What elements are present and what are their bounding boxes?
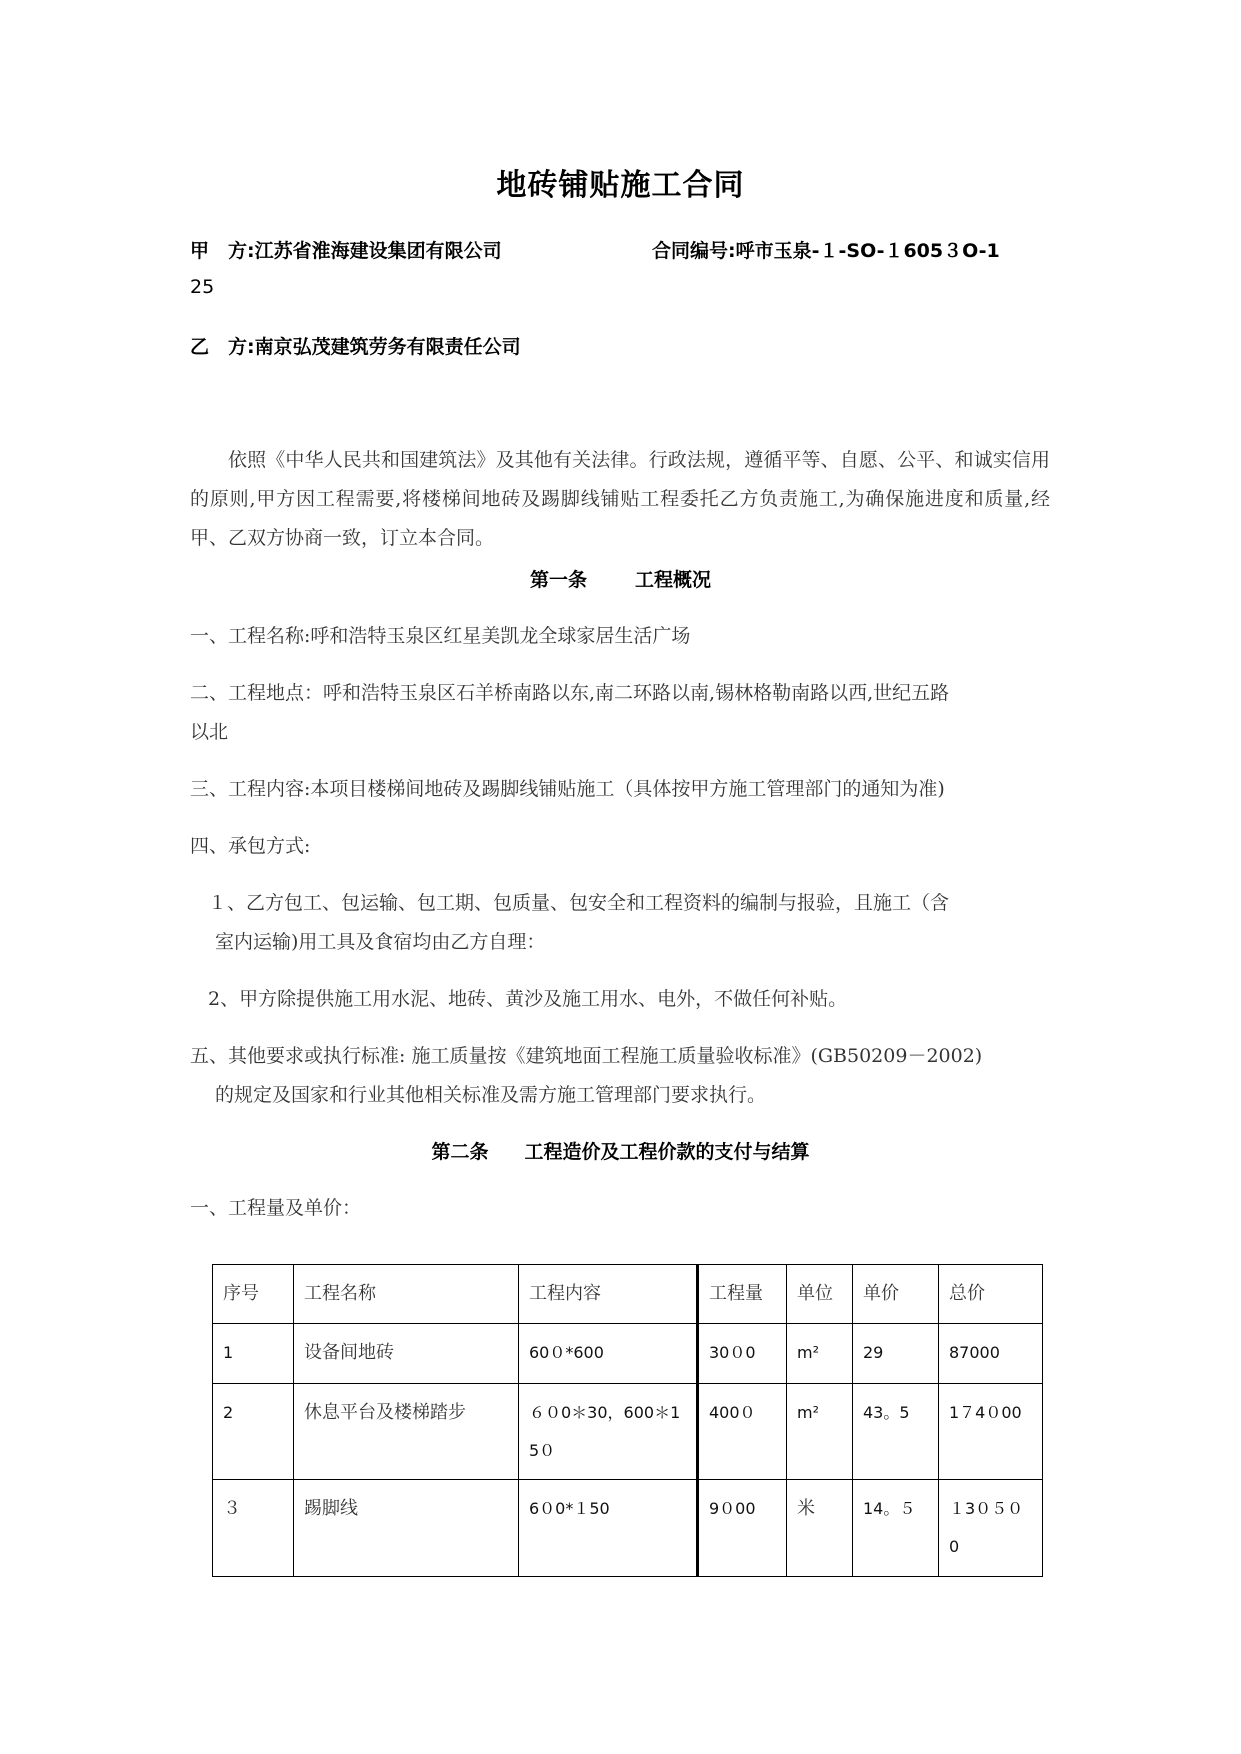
contract-number-label: 合同编号: bbox=[652, 240, 736, 262]
header-cell: 序号 bbox=[213, 1265, 294, 1324]
contract-method-1-continuation: 室内运输)用工具及食宿均由乙方自理： bbox=[215, 927, 545, 954]
project-name: 一、工程名称:呼和浩特玉泉区红星美凯龙全球家居生活广场 bbox=[190, 621, 690, 648]
quality-standards: 五、其他要求或执行标准: 施工质量按《建筑地面工程施工质量验收标准》(GB502… bbox=[190, 1041, 982, 1068]
cell-index: ３ bbox=[213, 1480, 294, 1577]
article-1-number: 第一条 bbox=[530, 569, 587, 591]
cell-content: ６０0＊30，600＊15０ bbox=[519, 1384, 698, 1480]
table-row: ３ 踢脚线 6０0*１50 9０00 米 14。５ １3０５０0 bbox=[213, 1480, 1043, 1577]
cell-total: １3０５０0 bbox=[939, 1480, 1043, 1577]
cell-unit-price: 29 bbox=[853, 1324, 939, 1384]
cell-index: 1 bbox=[213, 1324, 294, 1384]
cell-quantity: 30０0 bbox=[698, 1324, 787, 1384]
project-content: 三、工程内容:本项目楼梯间地砖及踢脚线铺贴施工（具体按甲方施工管理部门的通知为准… bbox=[190, 774, 945, 801]
party-a: 甲 方:江苏省淮海建设集团有限公司 bbox=[190, 236, 502, 263]
document-title: 地砖铺贴施工合同 bbox=[0, 160, 1241, 204]
quantity-price-subheading: 一、工程量及单价： bbox=[190, 1193, 361, 1220]
preamble-paragraph: 依照《中华人民共和国建筑法》及其他有关法律。行政法规，遵循平等、自愿、公平、和诚… bbox=[190, 441, 1050, 558]
quality-standards-continuation: 的规定及国家和行业其他相关标准及需方施工管理部门要求执行。 bbox=[215, 1080, 766, 1107]
cell-quantity: 400０ bbox=[698, 1384, 787, 1480]
cell-unit: m² bbox=[787, 1324, 853, 1384]
header-cell: 工程内容 bbox=[519, 1265, 698, 1324]
cell-index: 2 bbox=[213, 1384, 294, 1480]
contract-number-value: 呼市玉泉-１-SO-１605３O-1 bbox=[736, 240, 1000, 262]
article-2-heading: 第二条工程造价及工程价款的支付与结算 bbox=[0, 1137, 1241, 1164]
party-a-label: 甲 方: bbox=[190, 240, 255, 262]
party-a-name: 江苏省淮海建设集团有限公司 bbox=[255, 240, 502, 262]
cell-unit-price: 43。5 bbox=[853, 1384, 939, 1480]
cell-unit: 米 bbox=[787, 1480, 853, 1577]
table-header-row: 序号 工程名称 工程内容 工程量 单位 单价 总价 bbox=[213, 1265, 1043, 1324]
cell-unit: m² bbox=[787, 1384, 853, 1480]
cell-total: 87000 bbox=[939, 1324, 1043, 1384]
article-1-title: 工程概况 bbox=[635, 569, 711, 591]
cell-quantity: 9０00 bbox=[698, 1480, 787, 1577]
cell-name: 休息平台及楼梯踏步 bbox=[294, 1384, 519, 1480]
header-cell: 单位 bbox=[787, 1265, 853, 1324]
cell-content: 6０0*１50 bbox=[519, 1480, 698, 1577]
project-location: 二、工程地点：呼和浩特玉泉区石羊桥南路以东,南二环路以南,锡林格勒南路以西,世纪… bbox=[190, 678, 949, 705]
article-2-number: 第二条 bbox=[431, 1141, 488, 1163]
cell-content: 60０*600 bbox=[519, 1324, 698, 1384]
table-row: 1 设备间地砖 60０*600 30０0 m² 29 87000 bbox=[213, 1324, 1043, 1384]
contract-method-heading: 四、承包方式: bbox=[190, 831, 310, 858]
header-cell: 总价 bbox=[939, 1265, 1043, 1324]
header-cell: 单价 bbox=[853, 1265, 939, 1324]
contract-method-1: １、乙方包工、包运输、包工期、包质量、包安全和工程资料的编制与报验，且施工（含 bbox=[208, 888, 949, 915]
party-b: 乙 方:南京弘茂建筑劳务有限责任公司 bbox=[190, 332, 521, 359]
party-b-label: 乙 方: bbox=[190, 336, 255, 358]
contract-method-2: 2、甲方除提供施工用水泥、地砖、黄沙及施工用水、电外，不做任何补贴。 bbox=[208, 984, 847, 1011]
article-1-heading: 第一条工程概况 bbox=[0, 565, 1241, 592]
table-row: 2 休息平台及楼梯踏步 ６０0＊30，600＊15０ 400０ m² 43。5 … bbox=[213, 1384, 1043, 1480]
cell-total: 1７4０00 bbox=[939, 1384, 1043, 1480]
header-cell: 工程名称 bbox=[294, 1265, 519, 1324]
cell-name: 踢脚线 bbox=[294, 1480, 519, 1577]
cell-name: 设备间地砖 bbox=[294, 1324, 519, 1384]
contract-number-continuation: 25 bbox=[190, 276, 214, 298]
contract-number: 合同编号:呼市玉泉-１-SO-１605３O-1 bbox=[652, 236, 1000, 263]
article-2-title: 工程造价及工程价款的支付与结算 bbox=[525, 1141, 810, 1163]
header-cell: 工程量 bbox=[698, 1265, 787, 1324]
project-location-continuation: 以北 bbox=[190, 717, 228, 744]
party-b-name: 南京弘茂建筑劳务有限责任公司 bbox=[255, 336, 521, 358]
quantity-price-table: 序号 工程名称 工程内容 工程量 单位 单价 总价 1 设备间地砖 60０*60… bbox=[212, 1264, 1043, 1577]
cell-unit-price: 14。５ bbox=[853, 1480, 939, 1577]
